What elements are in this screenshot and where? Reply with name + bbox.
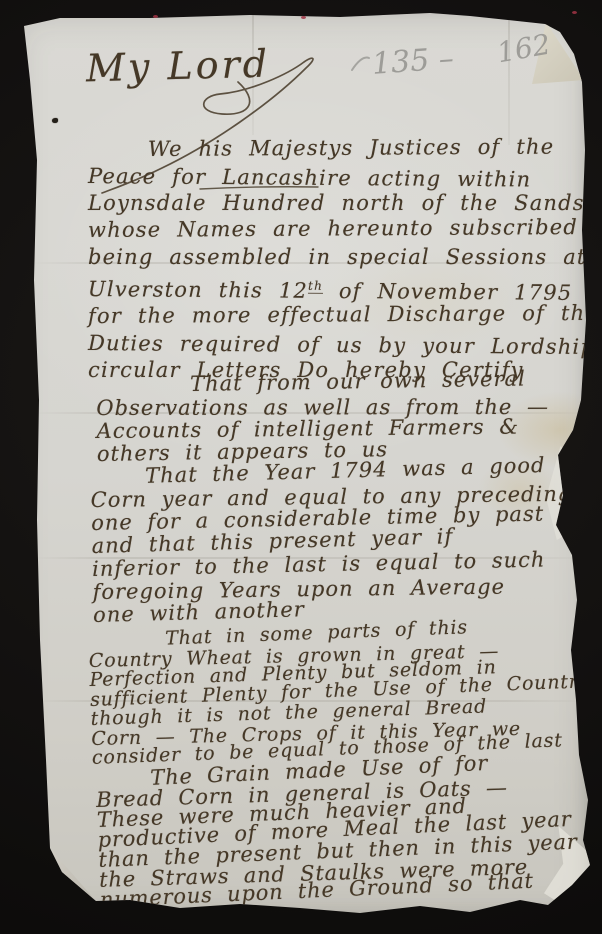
manuscript-line: That from our own several (190, 367, 549, 396)
red-speck (301, 16, 306, 19)
paragraph-corn-year: That the Year 1794 was a good Corn year … (90, 456, 575, 627)
date-text: Ulverston this 12 (88, 277, 308, 303)
document-page: 135 – 162 My Lord We his Majestys Justic… (0, 0, 602, 934)
red-speck (572, 11, 577, 14)
pencil-page-number-left: 135 – (371, 41, 455, 82)
ink-blot (52, 118, 58, 123)
paragraph-opening: We his Majestys Justices of the Peace fo… (88, 136, 602, 384)
salutation: My Lord (85, 42, 270, 91)
manuscript-line: We his Majestys Justices of the (148, 133, 602, 163)
paragraph-oats: The Grain made Use of for Bread Corn in … (95, 752, 580, 910)
paragraph-observations: That from our own several Observations a… (96, 369, 550, 466)
manuscript-line: being assembled in special Sessions at (88, 244, 602, 271)
manuscript-line: for the more effectual Discharge of the (88, 300, 602, 330)
photo-background: 135 – 162 My Lord We his Majestys Justic… (0, 0, 602, 934)
manuscript-line: whose Names are hereunto subscribed (88, 214, 602, 244)
red-speck (153, 15, 158, 18)
folded-corner-bottom-left (44, 843, 100, 905)
paragraph-wheat: That in some parts of this Country Wheat… (88, 616, 592, 768)
manuscript-line: Loynsdale Hundred north of the Sands (88, 190, 602, 217)
ordinal-superscript: th (308, 279, 323, 294)
